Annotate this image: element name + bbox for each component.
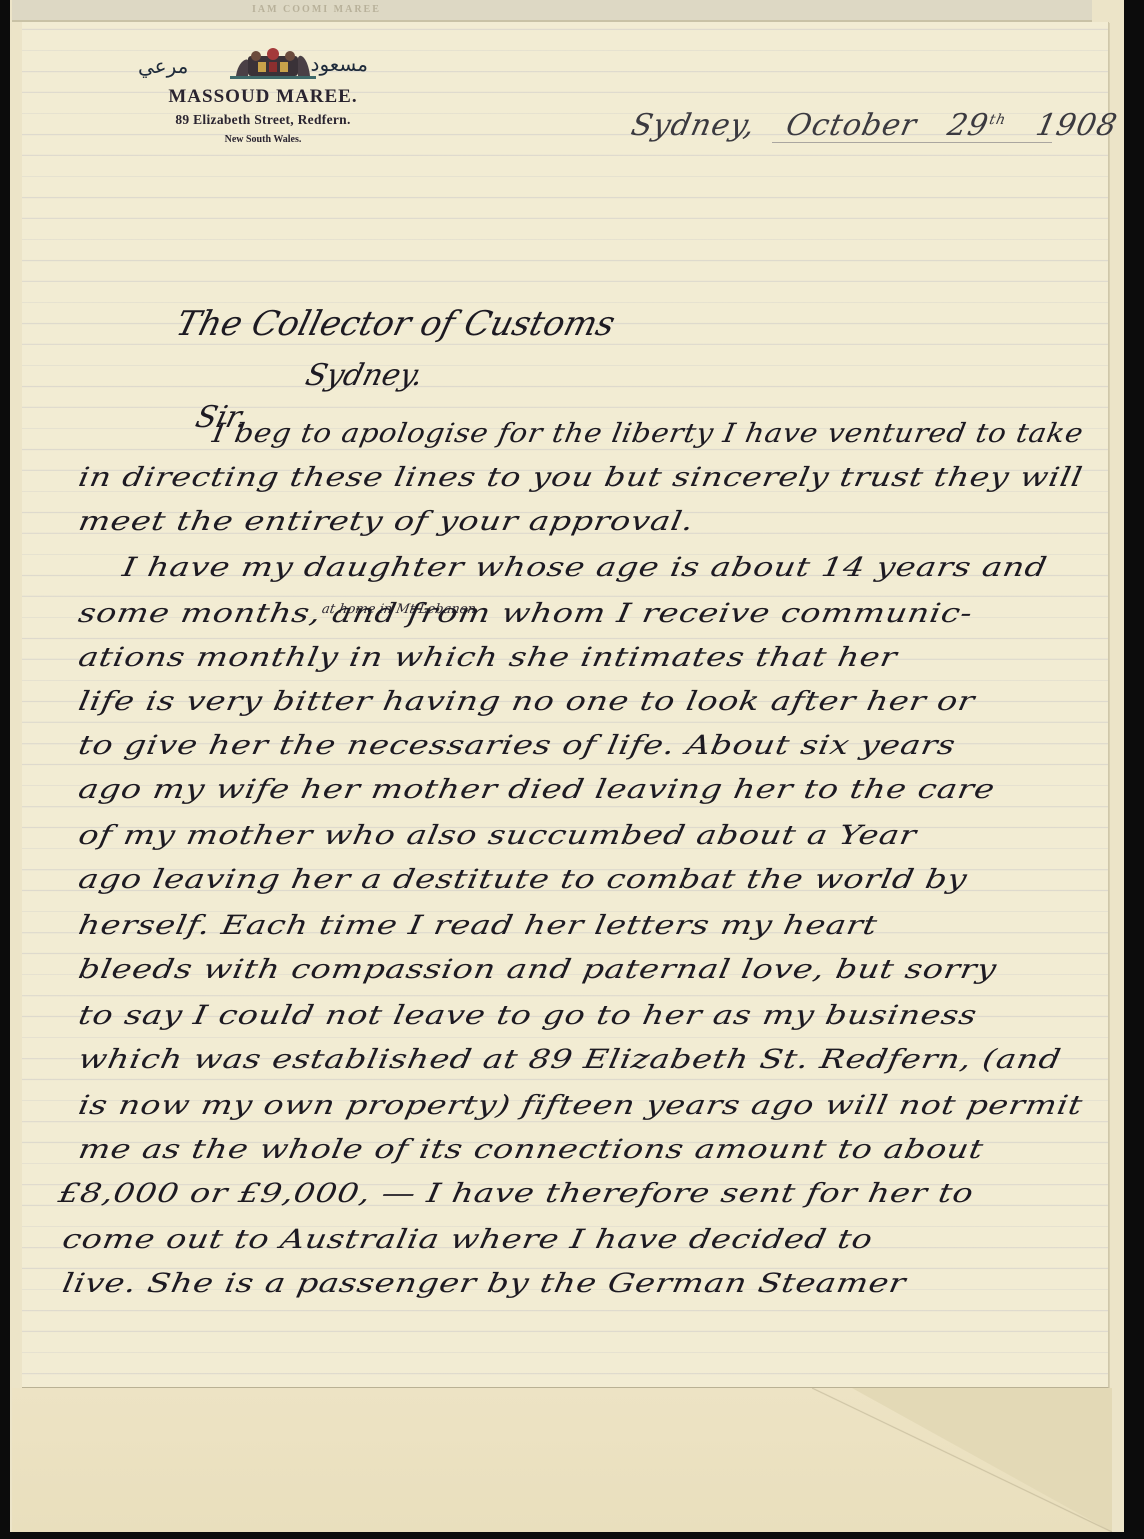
- underlying-sheet-strip: IAM COOMI MAREE: [12, 0, 1092, 22]
- letter-line: me as the whole of its connections amoun…: [76, 1134, 986, 1165]
- addressee-title: The Collector of Customs: [172, 304, 619, 344]
- coat-of-arms-icon: [228, 48, 318, 82]
- folded-back-sheet: [12, 1388, 1112, 1532]
- letter-line: ago my wife her mother died leaving her …: [76, 774, 997, 805]
- date-day: 29: [944, 108, 992, 143]
- letterhead-emblems: مرعي مسعود: [118, 46, 408, 86]
- letter-line: come out to Australia where I have decid…: [60, 1224, 875, 1255]
- letter-line: in directing these lines to you but sinc…: [76, 462, 1085, 493]
- letter-line: is now my own property) fifteen years ag…: [76, 1090, 1085, 1121]
- letter-line: bleeds with compassion and paternal love…: [76, 954, 999, 985]
- ghost-letterhead-text: IAM COOMI MAREE: [252, 4, 381, 15]
- letter-line: ations monthly in which she intimates th…: [76, 642, 900, 673]
- arabic-surname: مرعي: [138, 54, 188, 78]
- letter-line: herself. Each time I read her letters my…: [76, 910, 880, 941]
- letter-line: which was established at 89 Elizabeth St…: [76, 1044, 1064, 1075]
- letter-line: £8,000 or £9,000, — I have therefore sen…: [56, 1178, 976, 1209]
- letter-line: to say I could not leave to go to her as…: [76, 1000, 979, 1031]
- fold-crease: [812, 1388, 1112, 1532]
- letter-line: I beg to apologise for the liberty I hav…: [210, 418, 1086, 449]
- dateline: Sydney, October 29th 1908: [628, 108, 1121, 143]
- letter-line: of my mother who also succumbed about a …: [76, 820, 919, 851]
- letter-line: I have my daughter whose age is about 14…: [120, 552, 1050, 583]
- addressee-city: Sydney.: [302, 358, 427, 393]
- arabic-given-name: مسعود: [311, 52, 368, 76]
- letter-line: some months, and from whom I receive com…: [76, 598, 975, 629]
- date-place: Sydney,: [628, 108, 759, 143]
- letter-line: to give her the necessaries of life. Abo…: [76, 730, 958, 761]
- letterhead-address: 89 Elizabeth Street, Redfern.: [118, 112, 408, 128]
- letterhead-region: New South Wales.: [118, 134, 408, 145]
- letter-line: live. She is a passenger by the German S…: [60, 1268, 909, 1299]
- letterhead-name: MASSOUD MAREE.: [118, 86, 408, 108]
- date-year: 1908: [1033, 108, 1121, 143]
- date-month: October: [783, 108, 920, 143]
- letter-line: life is very bitter having no one to loo…: [76, 686, 977, 717]
- date-day-suffix: th: [988, 112, 1008, 128]
- letter-sheet: مرعي مسعود MASSOUD MAREE. 89 Elizabeth S…: [22, 22, 1109, 1388]
- letter-line: ago leaving her a destitute to combat th…: [76, 864, 970, 895]
- letter-line: meet the entirety of your approval.: [76, 506, 696, 537]
- letterhead: مرعي مسعود MASSOUD MAREE. 89 Elizabeth S…: [118, 46, 408, 145]
